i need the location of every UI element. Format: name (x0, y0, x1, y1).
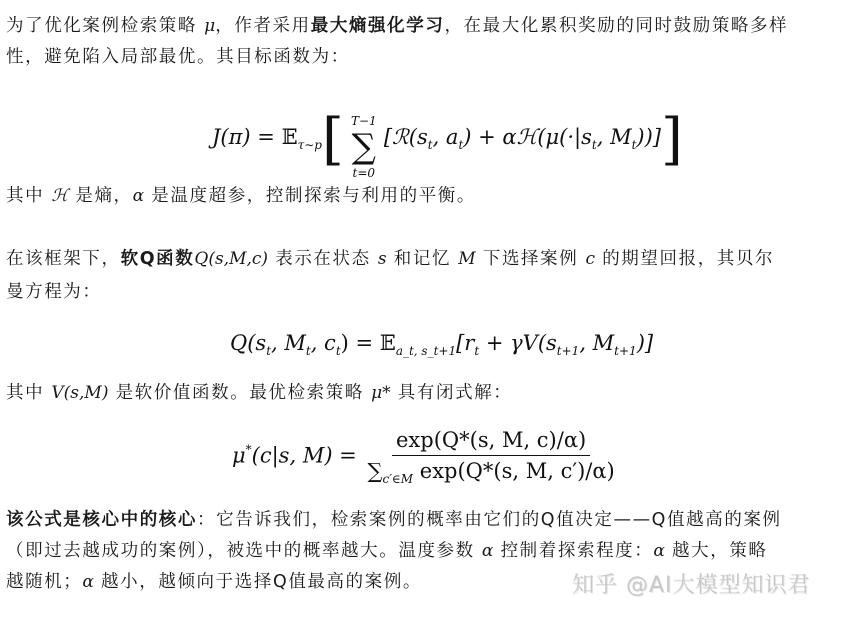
math-M: M (458, 249, 475, 269)
sum-upper: T−1 (344, 114, 384, 128)
math-mu-star: μ* (371, 383, 391, 403)
text: 下选择案例 (476, 249, 586, 269)
watermark: 知乎 @AI大模型知识君 (572, 568, 811, 599)
subscript: t+1 (557, 344, 580, 358)
math-alpha: α (133, 186, 144, 206)
summation: T−1∑t=0 (344, 130, 384, 164)
denominator: ∑c′∈M exp(Q*(s, M, c′)/α) (363, 456, 618, 486)
fraction: exp(Q*(s, M, c)/α)∑c′∈M exp(Q*(s, M, c′)… (363, 428, 618, 486)
text: 其中 (6, 186, 51, 206)
eq-term: ))] (636, 125, 661, 149)
text: 控制着探索程度： (493, 541, 653, 561)
paragraph-core-line2: （即过去越成功的案例），被选中的概率越大。温度参数 α 控制着探索程度：α 越大… (6, 539, 768, 563)
eq-lhs: J(π) = (212, 125, 282, 149)
text: 越小，越倾向于选择Q值最高的案例。 (94, 572, 422, 592)
paragraph-core-line1: 该公式是核心中的核心：它告诉我们，检索案例的概率由它们的Q值决定——Q值越高的案… (6, 508, 782, 532)
eq-term: )] (637, 331, 653, 355)
math-s: s (378, 249, 387, 269)
text: 的期望回报，其贝尔 (595, 249, 774, 269)
equation-bellman: Q(st, Mt, ct) = 𝔼a_t, s_t+1[rt + γV(st+1… (230, 331, 653, 358)
text: 其中 (6, 383, 51, 403)
left-bracket: [ (322, 107, 344, 172)
numerator: exp(Q*(s, M, c)/α) (392, 428, 590, 456)
paragraph-intro-line2: 性，避免陷入局部最优。其目标函数为： (6, 45, 350, 69)
math-value-function: V(s,M) (51, 383, 108, 403)
eq-term: , c (311, 331, 336, 355)
text: ，在最大化累积奖励的同时鼓励策略多样 (444, 16, 788, 36)
eq-term: Q(s (230, 331, 266, 355)
text: ：它告诉我们，检索案例的概率由它们的Q值决定——Q值越高的案例 (197, 510, 782, 530)
paragraph-entropy-note: 其中 ℋ 是熵，α 是温度超参，控制探索与利用的平衡。 (6, 184, 476, 208)
paragraph-value-function: 其中 V(s,M) 是软价值函数。最优检索策略 μ* 具有闭式解： (6, 381, 512, 405)
eq-term: ) = 𝔼 (341, 331, 396, 355)
eq-term: , a (433, 125, 459, 149)
equation-optimal-policy: μ*(c|s, M) = exp(Q*(s, M, c)/α)∑c′∈M exp… (232, 428, 619, 486)
paragraph-core-line3: 越随机；α 越小，越倾向于选择Q值最高的案例。 (6, 570, 422, 594)
math-alpha: α (82, 572, 93, 592)
expectation-symbol: 𝔼 (282, 125, 298, 149)
text: ，作者采用 (215, 16, 311, 36)
sum-symbol: ∑ (367, 459, 382, 483)
paragraph-intro-line1: 为了优化案例检索策略 μ，作者采用最大熵强化学习，在最大化累积奖励的同时鼓励策略… (6, 14, 788, 38)
right-bracket: ] (661, 107, 683, 172)
eq-term: , M (271, 331, 306, 355)
subscript: a_t, s_t+1 (396, 344, 456, 358)
eq-term: [r (456, 331, 474, 355)
math-mu: μ (204, 16, 215, 36)
eq-term: , M (579, 331, 614, 355)
bold-term-soft-q: 软Q函数 (121, 249, 195, 269)
subscript: t+1 (614, 344, 637, 358)
sum-lower: t=0 (344, 166, 384, 180)
text: 和记忆 (387, 249, 459, 269)
eq-term: (c|s, M) = (252, 444, 364, 468)
math-alpha: α (653, 541, 664, 561)
text: 是软价值函数。最优检索策略 (108, 383, 371, 403)
eq-term: μ (232, 444, 246, 468)
denominator-text: exp(Q*(s, M, c′)/α) (413, 459, 615, 483)
math-q-function: Q(s,M,c) (194, 249, 268, 269)
subscript: τ∼p (298, 138, 322, 152)
text: 越随机； (6, 572, 82, 592)
text: 为了优化案例检索策略 (6, 16, 204, 36)
bold-term-max-entropy-rl: 最大熵强化学习 (311, 16, 445, 36)
math-c: c (586, 249, 596, 269)
math-entropy: ℋ (51, 186, 68, 206)
bold-term-core: 该公式是核心中的核心 (6, 510, 197, 530)
text: 具有闭式解： (391, 383, 513, 403)
text: 是温度超参，控制探索与利用的平衡。 (144, 186, 476, 206)
text: 表示在状态 (268, 249, 378, 269)
paragraph-soft-q-line2: 曼方程为： (6, 280, 102, 304)
eq-term: , M (597, 125, 632, 149)
eq-term: [ℛ(s (384, 125, 428, 149)
equation-objective: J(π) = 𝔼τ∼p[T−1∑t=0[ℛ(st, at) + αℋ(μ(·|s… (212, 112, 683, 168)
text: 越大，策略 (665, 541, 768, 561)
text: 在该框架下， (6, 249, 121, 269)
math-alpha: α (482, 541, 493, 561)
text: （即过去越成功的案例），被选中的概率越大。温度参数 (6, 541, 482, 561)
eq-term: + γV(s (479, 331, 557, 355)
subscript: c′∈M (382, 472, 413, 486)
eq-term: ) + αℋ(μ(·|s (463, 125, 592, 149)
text: 是熵， (68, 186, 132, 206)
paragraph-soft-q-line1: 在该框架下，软Q函数Q(s,M,c) 表示在状态 s 和记忆 M 下选择案例 c… (6, 247, 774, 271)
